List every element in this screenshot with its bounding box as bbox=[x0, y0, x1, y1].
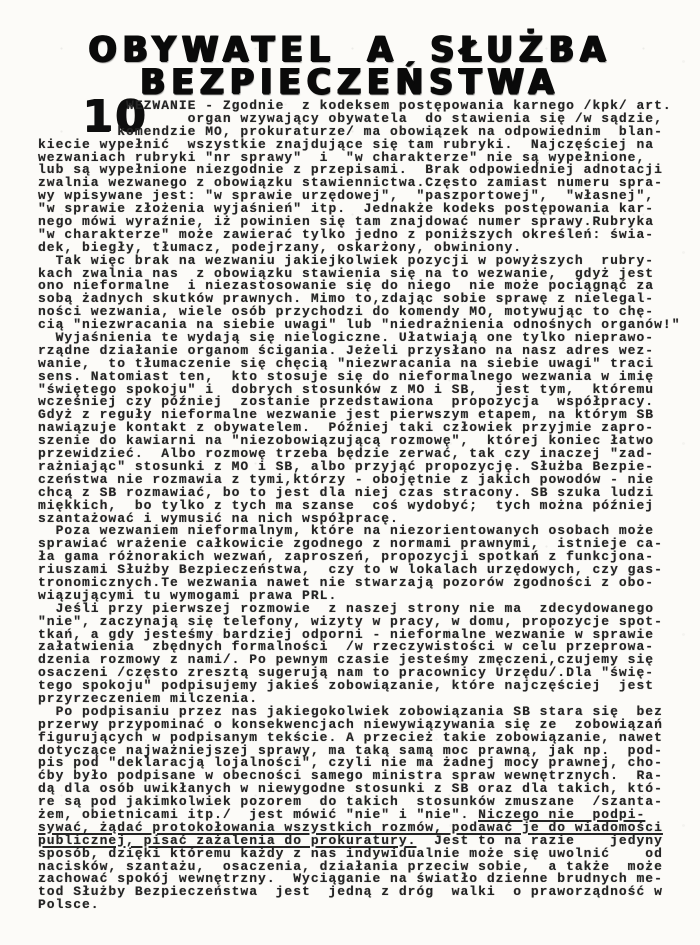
page-title: OBYWATEL A SŁUŻBA BEZPIECZEŃSTWA bbox=[0, 32, 700, 97]
article-body: WEZWANIE - Zgodnie z kodeksem postępowan… bbox=[38, 100, 688, 912]
text-line: Polsce. bbox=[38, 899, 688, 912]
scanned-document-page: OBYWATEL A SŁUŻBA BEZPIECZEŃSTWA 10 WEZW… bbox=[0, 0, 700, 945]
text-line: tod Służby Bezpieczeństwa jest jedną z d… bbox=[38, 886, 688, 899]
